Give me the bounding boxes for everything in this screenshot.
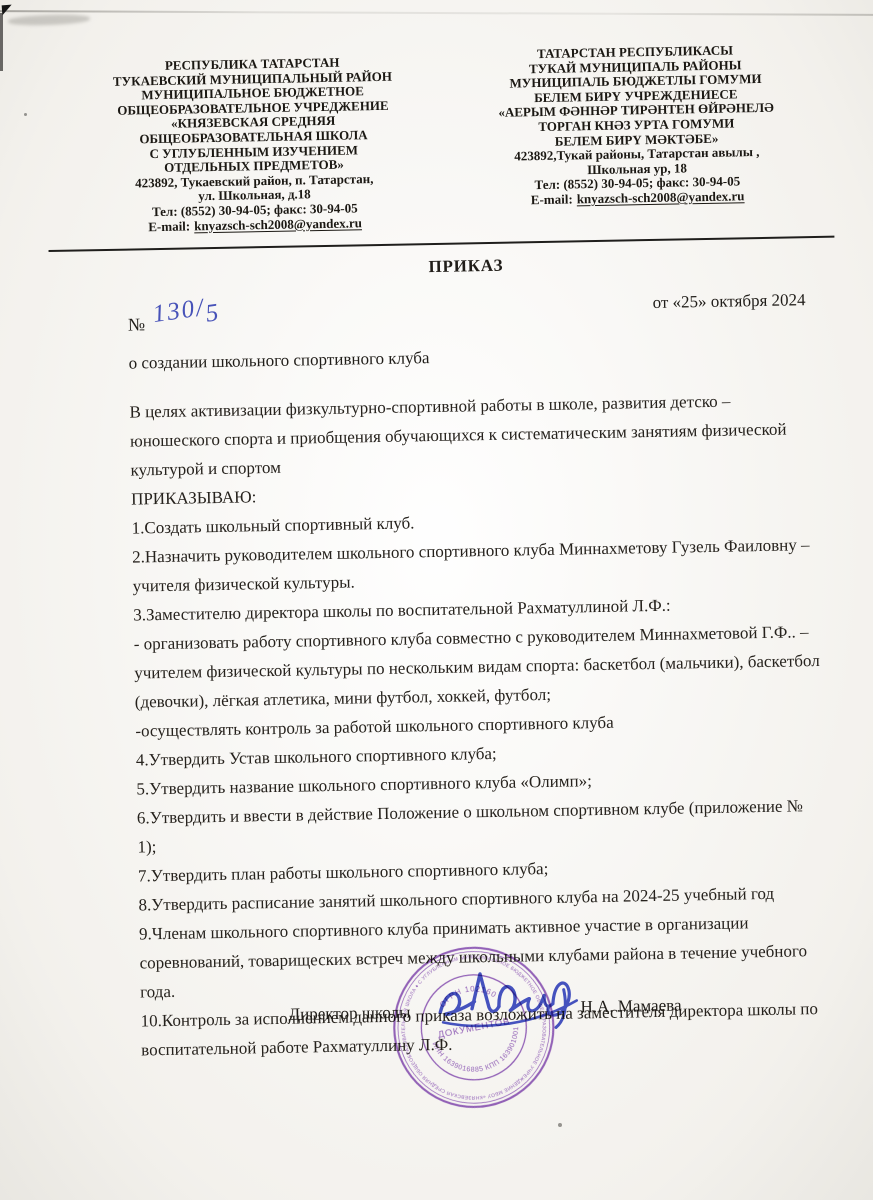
order-title: ПРИКАЗ bbox=[127, 250, 805, 282]
letterhead-org-lines: РЕСПУБЛИКА ТАТАРСТАНТУКАЕВСКИЙ МУНИЦИПАЛ… bbox=[78, 54, 428, 177]
letterhead-tatar: ТАТАРСТАН РЕСПУБЛИКАСЫТУКАЙ МУНИЦИПАЛЬ Р… bbox=[440, 42, 833, 229]
letterhead: РЕСПУБЛИКА ТАТАРСТАНТУКАЕВСКИЙ МУНИЦИПАЛ… bbox=[78, 47, 833, 236]
letterhead-address-lines: 423892,Тукай районы, Татарстан авылы ,Шк… bbox=[442, 144, 833, 195]
letterhead-russian: РЕСПУБЛИКА ТАТАРСТАНТУКАЕВСКИЙ МУНИЦИПАЛ… bbox=[78, 54, 429, 235]
letterhead-address-lines: 423892, Тукаевский район, п. Татарстан,у… bbox=[80, 171, 429, 221]
order-paragraph: - организовать работу спортивного клуба … bbox=[133, 617, 820, 717]
email-label: E-mail: bbox=[148, 218, 190, 234]
email-address: knyazsch-sch2008@yandex.ru bbox=[577, 188, 745, 206]
document-content: РЕСПУБЛИКА ТАТАРСТАНТУКАЕВСКИЙ МУНИЦИПАЛ… bbox=[0, 0, 873, 1200]
signature-name: Н.А. Мамаева bbox=[580, 996, 681, 1018]
email-label: E-mail: bbox=[531, 191, 573, 207]
scanned-order-document: РЕСПУБЛИКА ТАТАРСТАНТУКАЕВСКИЙ МУНИЦИПАЛ… bbox=[0, 0, 873, 1200]
director-signature bbox=[422, 950, 589, 1049]
order-date: от «25» октября 2024 bbox=[127, 290, 805, 322]
email-address: knyazsch-sch2008@yandex.ru bbox=[194, 215, 362, 233]
order-paragraph: В целях активизации физкультурно-спортив… bbox=[129, 385, 816, 485]
letterhead-org-lines: ТАТАРСТАН РЕСПУБЛИКАСЫТУКАЙ МУНИЦИПАЛЬ Р… bbox=[440, 42, 832, 151]
divider-line bbox=[49, 236, 835, 252]
order-subject: о создании школьного спортивного клуба bbox=[128, 348, 429, 374]
